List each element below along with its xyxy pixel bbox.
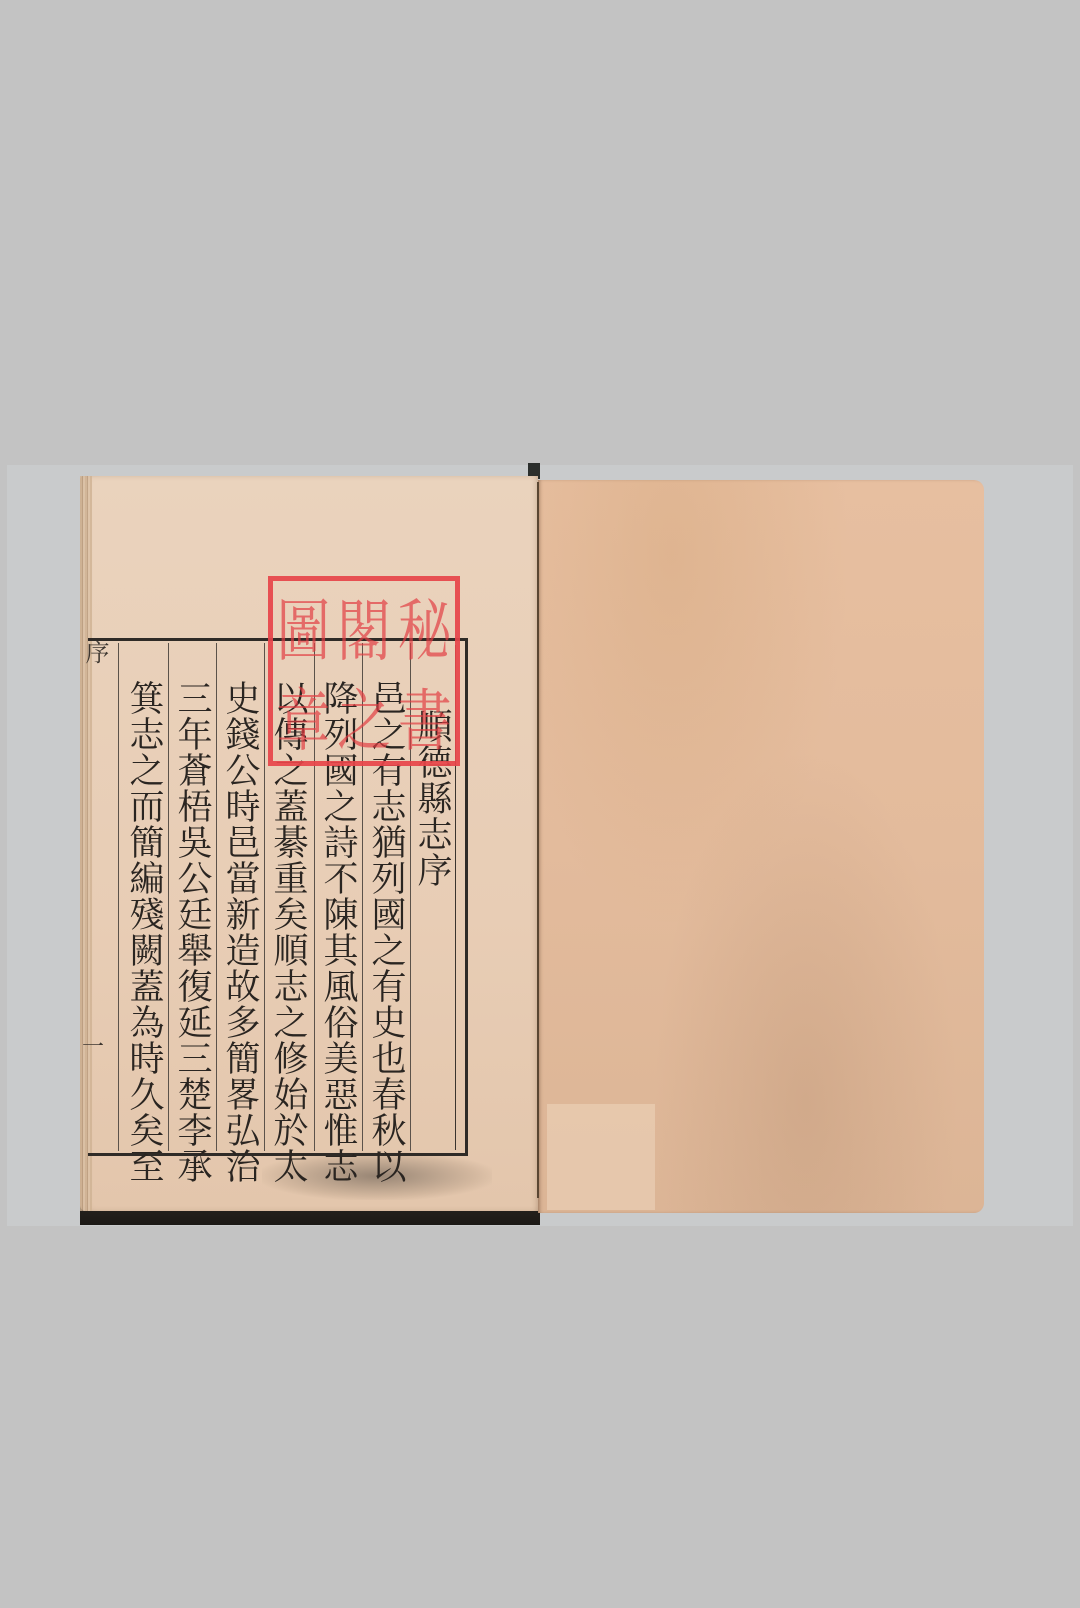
text-column-4: 史錢公時邑當新造故多簡畧弘治 <box>220 680 260 1184</box>
column-rule <box>168 643 169 1151</box>
seal-char: 閣 <box>334 578 395 674</box>
binding-gutter <box>537 482 539 1198</box>
fore-edge-mark: 序 <box>78 640 113 666</box>
seal-char: 章 <box>273 668 334 764</box>
seal-char: 之 <box>334 668 395 764</box>
seal-char: 圖 <box>273 578 334 674</box>
page-number: 一 <box>82 1030 104 1061</box>
text-column-6: 箕志之而簡編殘闕蓋為時久矣至 <box>124 680 164 1184</box>
seal-char: 書 <box>394 668 455 764</box>
column-rule <box>118 643 119 1151</box>
column-rule <box>216 643 217 1151</box>
paper-repair-patch <box>547 1104 655 1210</box>
text-column-5: 三年蒼梧吳公廷舉復延三楚李承 <box>172 680 212 1184</box>
red-collector-seal: 秘 閣 圖 書 之 章 <box>268 576 460 766</box>
seal-char: 秘 <box>394 578 455 674</box>
column-rule <box>264 643 265 1151</box>
